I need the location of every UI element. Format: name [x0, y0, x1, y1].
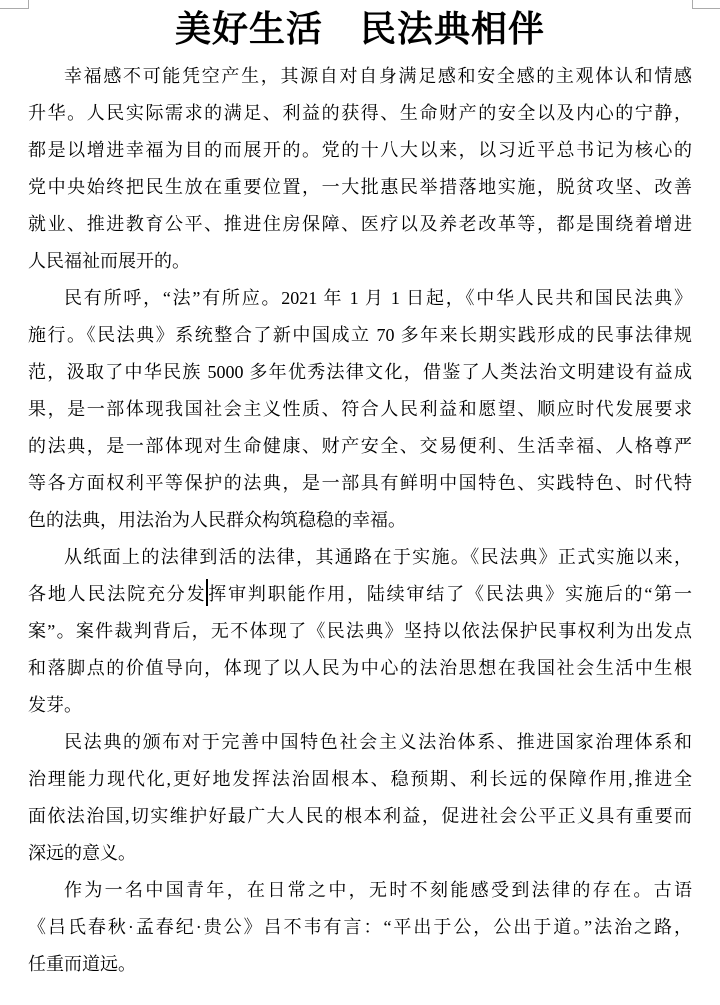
text-line: 党中央始终把民生放在重要位置，一大批惠民举措落地实施，脱贫攻坚、改善	[28, 169, 692, 206]
text-line: 治理能力现代化,更好地发挥法治固根本、稳预期、利长远的保障作用,推进全	[28, 761, 692, 798]
paragraph: 作为一名中国青年，在日常之中，无时不刻能感受到法律的存在。古语《吕氏春秋·孟春纪…	[28, 872, 692, 983]
text-line: 升华。人民实际需求的满足、利益的获得、生命财产的安全以及内心的宁静，	[28, 95, 692, 132]
document-title: 美好生活 民法典相伴	[28, 6, 692, 52]
text-line: 任重而道远。	[28, 946, 692, 983]
document-body: 幸福感不可能凭空产生，其源自对自身满足感和安全感的主观体认和情感升华。人民实际需…	[28, 58, 692, 983]
text-line: 人民福祉而展开的。	[28, 243, 692, 280]
text-line: 面依法治国,切实维护好最广大人民的根本利益，促进社会公平正义具有重要而	[28, 798, 692, 835]
text-line: 民有所呼，“法”有所应。2021 年 1 月 1 日起，《中华人民共和国民法典》	[28, 280, 692, 317]
margin-crop-mark-top-right	[692, 0, 720, 9]
paragraph: 民法典的颁布对于完善中国特色社会主义法治体系、推进国家治理体系和治理能力现代化,…	[28, 724, 692, 872]
text-line: 的法典，是一部体现对生命健康、财产安全、交易便利、生活幸福、人格尊严	[28, 428, 692, 465]
text-line: 色的法典，用法治为人民群众构筑稳稳的幸福。	[28, 502, 692, 539]
text-line: 案”。案件裁判背后，无不体现了《民法典》坚持以依法保护民事权利为出发点	[28, 613, 692, 650]
paragraph: 幸福感不可能凭空产生，其源自对自身满足感和安全感的主观体认和情感升华。人民实际需…	[28, 58, 692, 280]
text-line: 各地人民法院充分发挥审判职能作用，陆续审结了《民法典》实施后的“第一	[28, 576, 692, 613]
text-line: 《吕氏春秋·孟春纪·贵公》吕不韦有言：“平出于公，公出于道。”法治之路，	[28, 909, 692, 946]
text-cursor	[206, 579, 208, 606]
text-line: 作为一名中国青年，在日常之中，无时不刻能感受到法律的存在。古语	[28, 872, 692, 909]
text-line: 果，是一部体现我国社会主义性质、符合人民利益和愿望、顺应时代发展要求	[28, 391, 692, 428]
text-line: 和落脚点的价值导向，体现了以人民为中心的法治思想在我国社会生活中生根	[28, 650, 692, 687]
text-line: 深远的意义。	[28, 835, 692, 872]
document-page[interactable]: 美好生活 民法典相伴 幸福感不可能凭空产生，其源自对自身满足感和安全感的主观体认…	[0, 0, 720, 1005]
text-line: 等各方面权利平等保护的法典，是一部具有鲜明中国特色、实践特色、时代特	[28, 465, 692, 502]
text-line: 发芽。	[28, 687, 692, 724]
text-line: 从纸面上的法律到活的法律，其通路在于实施。《民法典》正式实施以来，	[28, 539, 692, 576]
paragraph: 民有所呼，“法”有所应。2021 年 1 月 1 日起，《中华人民共和国民法典》…	[28, 280, 692, 539]
text-line: 民法典的颁布对于完善中国特色社会主义法治体系、推进国家治理体系和	[28, 724, 692, 761]
text-line: 就业、推进教育公平、推进住房保障、医疗以及养老改革等，都是围绕着增进	[28, 206, 692, 243]
margin-crop-mark-top-left	[0, 0, 29, 9]
text-line: 都是以增进幸福为目的而展开的。党的十八大以来，以习近平总书记为核心的	[28, 132, 692, 169]
text-line: 范，汲取了中华民族 5000 多年优秀法律文化，借鉴了人类法治文明建设有益成	[28, 354, 692, 391]
text-line: 幸福感不可能凭空产生，其源自对自身满足感和安全感的主观体认和情感	[28, 58, 692, 95]
text-line: 施行。《民法典》系统整合了新中国成立 70 多年来长期实践形成的民事法律规	[28, 317, 692, 354]
paragraph: 从纸面上的法律到活的法律，其通路在于实施。《民法典》正式实施以来，各地人民法院充…	[28, 539, 692, 724]
